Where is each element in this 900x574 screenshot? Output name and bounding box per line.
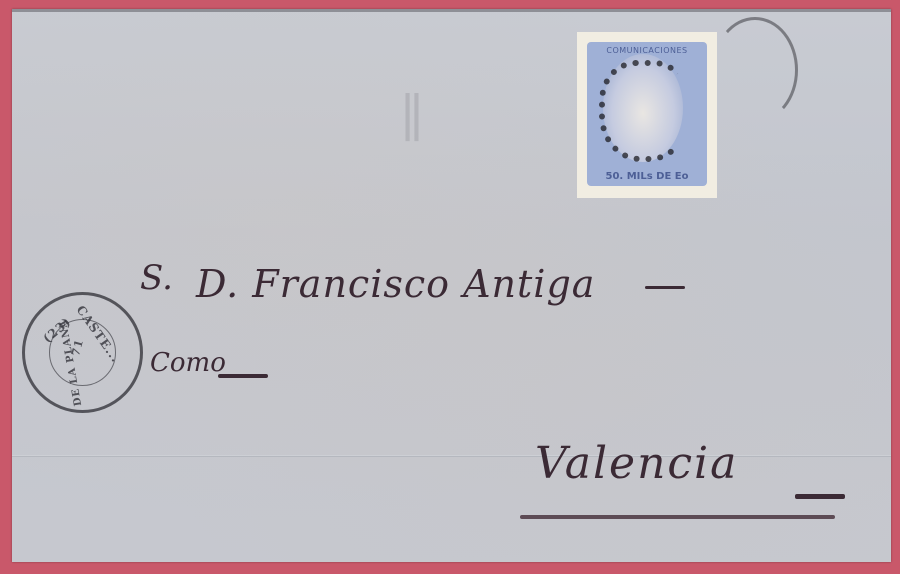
- city-underline: [520, 515, 835, 519]
- fold-line: [12, 455, 891, 457]
- address-city: Valencia: [535, 438, 738, 489]
- faint-offset-mark: ∥: [400, 89, 424, 149]
- ink-flourish: [795, 494, 845, 499]
- stamp-top-text: COMUNICACIONES: [577, 46, 717, 55]
- ink-flourish: [218, 374, 268, 378]
- postmark: CASTE... (23) 71 DE LA PLANA: [22, 292, 143, 413]
- address-line2: Como: [150, 348, 226, 378]
- postage-stamp: COMUNICACIONES 50. MILs DE Eo: [577, 32, 717, 198]
- stamp-value-text: 50. MILs DE Eo: [577, 171, 717, 182]
- stamp-cancellation: [599, 60, 691, 162]
- cover-top-edge: [12, 9, 891, 12]
- address-title: S.: [140, 258, 173, 298]
- cancellation-arc: [712, 17, 798, 123]
- ink-flourish: [645, 286, 685, 289]
- address-name: D. Francisco Antiga: [196, 262, 595, 306]
